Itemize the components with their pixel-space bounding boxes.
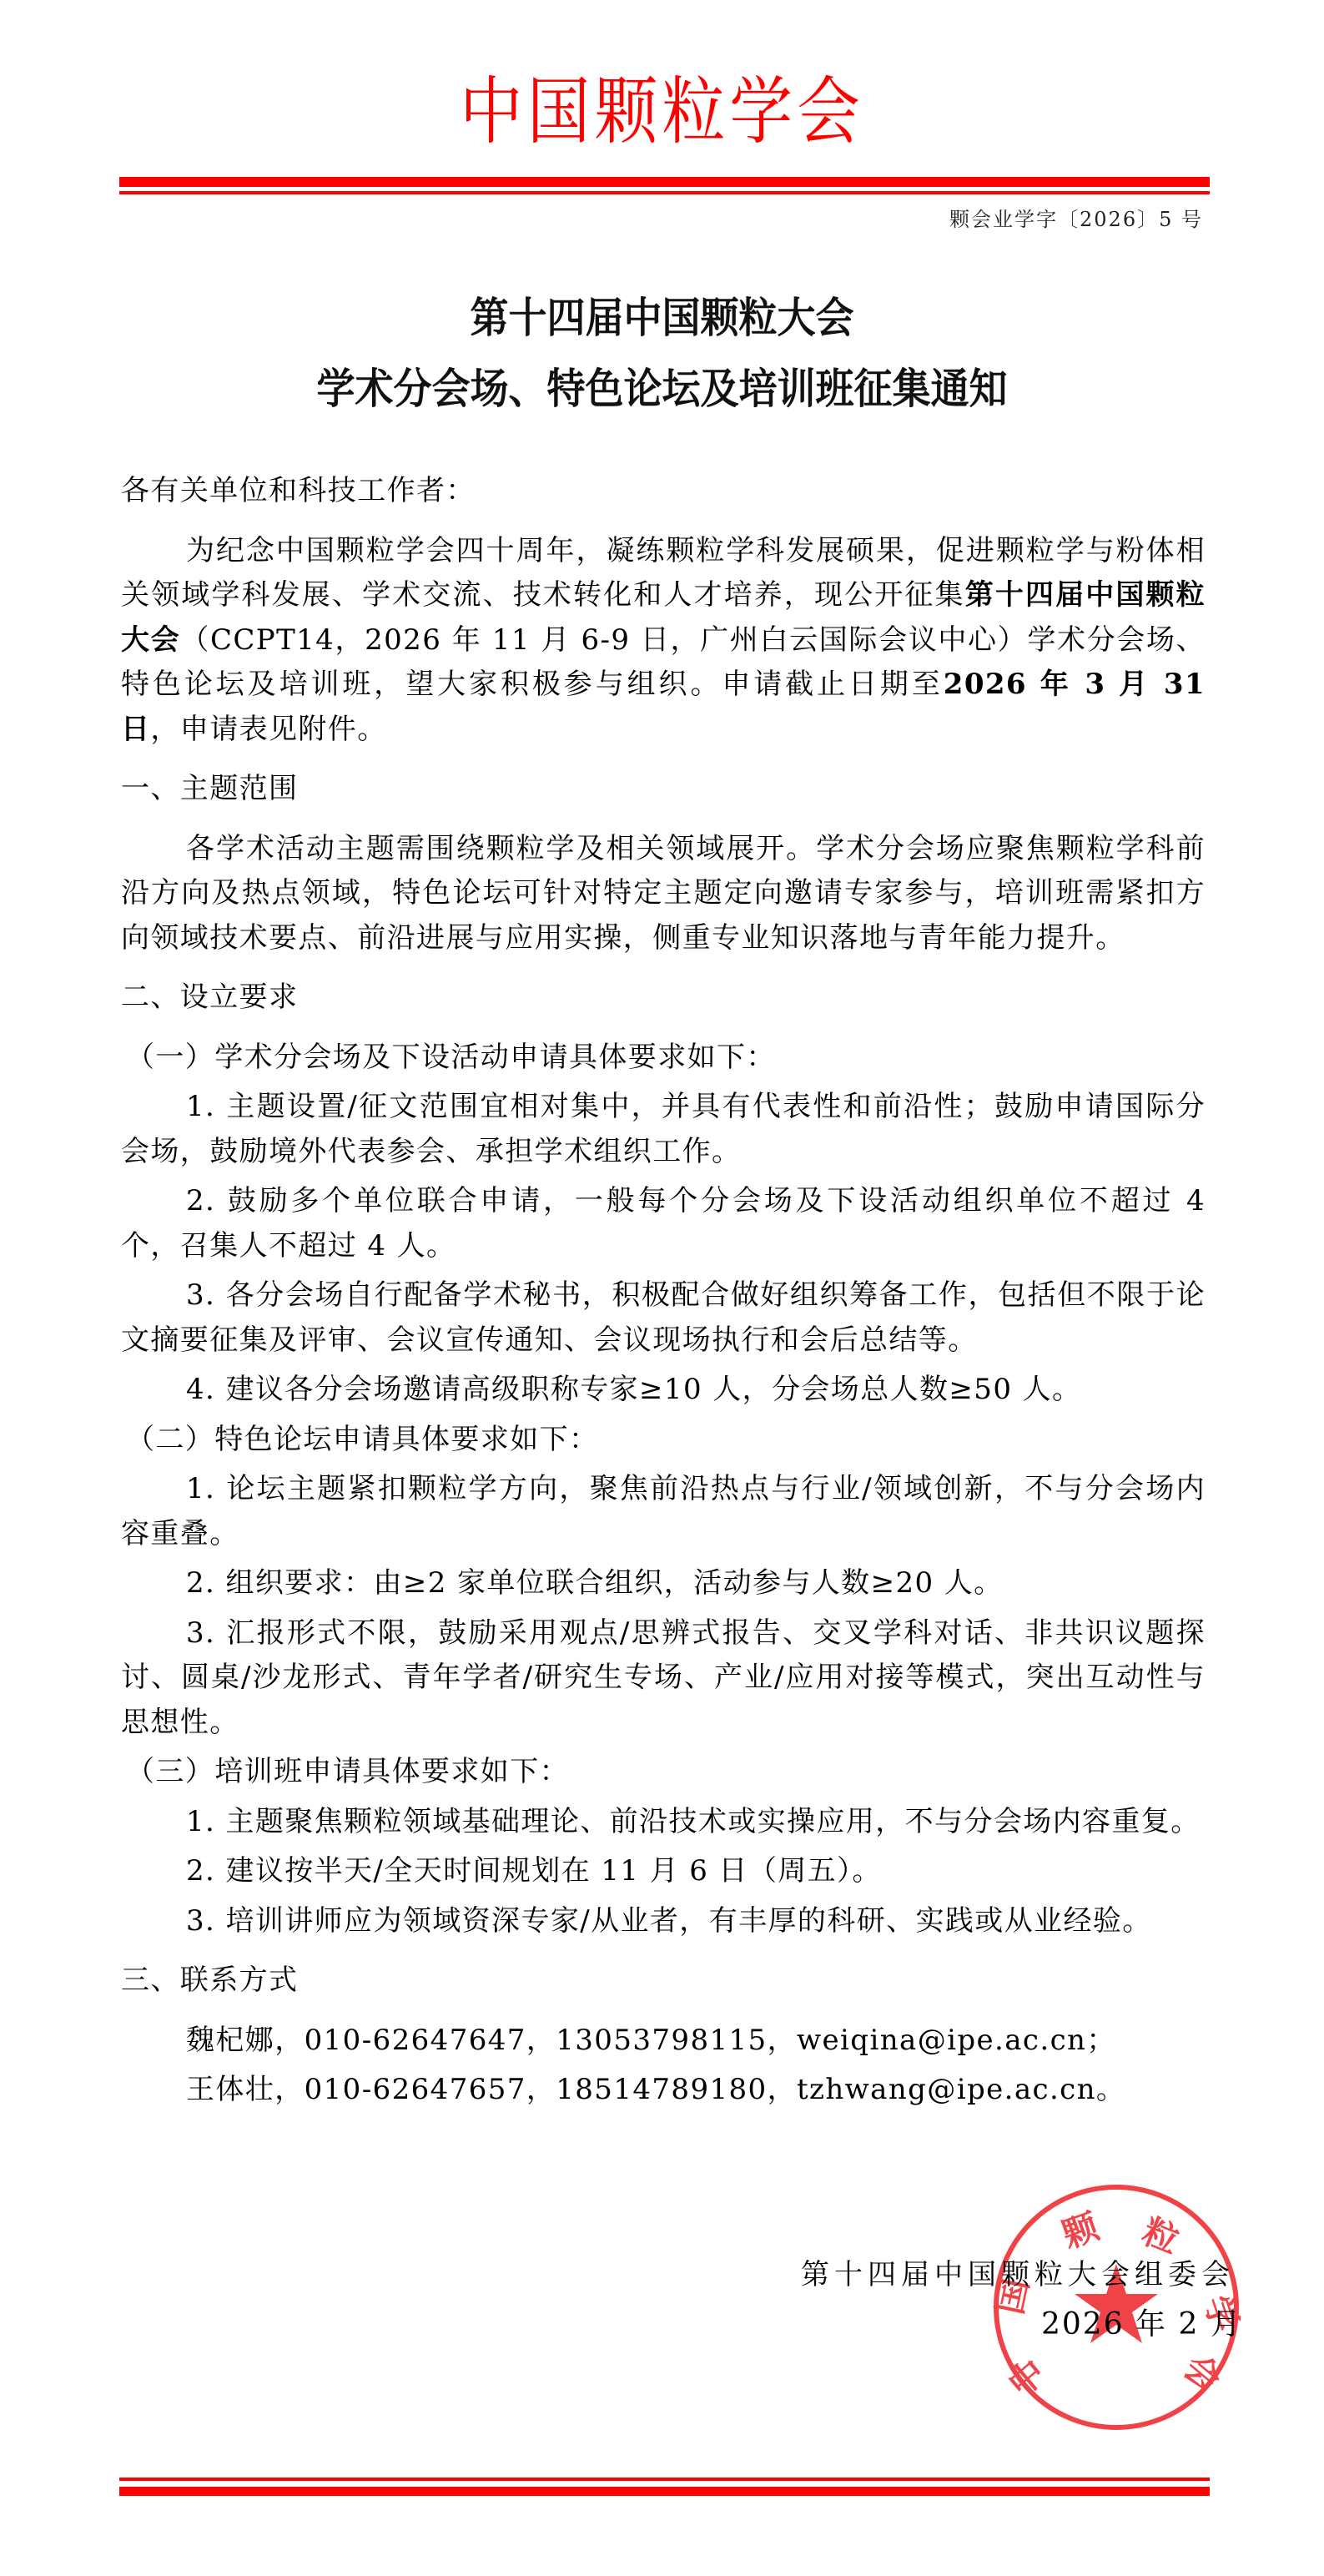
list-item: 1. 主题聚焦颗粒领域基础理论、前沿技术或实操应用，不与分会场内容重复。 [121, 1800, 1206, 1845]
intro-paragraph: 为纪念中国颗粒学会四十周年，凝练颗粒学科发展硕果，促进颗粒学与粉体相关领域学科发… [121, 529, 1206, 753]
list-item: 2. 鼓励多个单位联合申请，一般每个分会场及下设活动组织单位不超过 4 个，召集… [121, 1179, 1206, 1268]
section-3-heading: 三、联系方式 [121, 1958, 1206, 2004]
signature-date: 2026 年 2 月 [1041, 2305, 1242, 2345]
list-item: 4. 建议各分会场邀请高级职称专家≥10 人，分会场总人数≥50 人。 [121, 1368, 1206, 1413]
list-item: 1. 论坛主题紧扣颗粒学方向，聚焦前沿热点与行业/领域创新，不与分会场内容重叠。 [121, 1467, 1206, 1556]
footer-thin-rule [119, 2478, 1210, 2481]
section-2-sub-3-heading: （三）培训班申请具体要求如下： [121, 1750, 1206, 1795]
notice-title-line-2: 学术分会场、特色论坛及培训班征集通知 [53, 365, 1271, 413]
section-2-sub-2-heading: （二）特色论坛申请具体要求如下： [121, 1418, 1206, 1463]
list-item: 2. 组织要求：由≥2 家单位联合组织，活动参与人数≥20 人。 [121, 1561, 1206, 1606]
list-item: 3. 各分会场自行配备学术秘书，积极配合做好组织筹备工作，包括但不限于论文摘要征… [121, 1273, 1206, 1363]
contact-tzhwang: 王体壮，010-62647657，18514789180，tzhwang@ipe… [121, 2068, 1206, 2113]
organizer-signature: 第十四届中国颗粒大会组委会 [801, 2255, 1235, 2295]
contact-weiqina: 魏杞娜，010-62647647，13053798115，weiqina@ipe… [121, 2019, 1206, 2064]
document-body: 各有关单位和科技工作者： 为纪念中国颗粒学会四十周年，凝练颗粒学科发展硕果，促进… [121, 469, 1206, 2113]
document-number: 颗会业学字〔2026〕5 号 [949, 207, 1203, 232]
list-item: 3. 汇报形式不限，鼓励采用观点/思辨式报告、交叉学科对话、非共识议题探讨、圆桌… [121, 1611, 1206, 1746]
seal-char: 粒 [1137, 2211, 1185, 2261]
seal-char: 会 [1175, 2347, 1229, 2401]
salutation: 各有关单位和科技工作者： [121, 469, 1206, 514]
section-2-heading: 二、设立要求 [121, 975, 1206, 1021]
organization-title: 中国颗粒学会 [93, 70, 1231, 154]
header-thick-rule [119, 177, 1210, 187]
footer-thick-rule [119, 2487, 1210, 2496]
list-item: 1. 主题设置/征文范围宜相对集中，并具有代表性和前沿性；鼓励申请国际分会场，鼓… [121, 1085, 1206, 1174]
notice-title-line-1: 第十四届中国颗粒大会 [53, 294, 1271, 342]
header-thin-rule [119, 191, 1210, 194]
list-item: 2. 建议按半天/全天时间规划在 11 月 6 日（周五）。 [121, 1849, 1206, 1894]
section-2-sub-1-heading: （一）学术分会场及下设活动申请具体要求如下： [121, 1036, 1206, 1081]
intro-text-3: ，申请表见附件。 [150, 713, 386, 746]
section-1-heading: 一、主题范围 [121, 767, 1206, 812]
list-item: 3. 培训讲师应为领域资深专家/从业者，有丰厚的科研、实践或从业经验。 [121, 1899, 1206, 1944]
seal-char: 颗 [1057, 2205, 1105, 2256]
section-1-text: 各学术活动主题需围绕颗粒学及相关领域展开。学术分会场应聚焦颗粒学科前沿方向及热点… [121, 827, 1206, 961]
